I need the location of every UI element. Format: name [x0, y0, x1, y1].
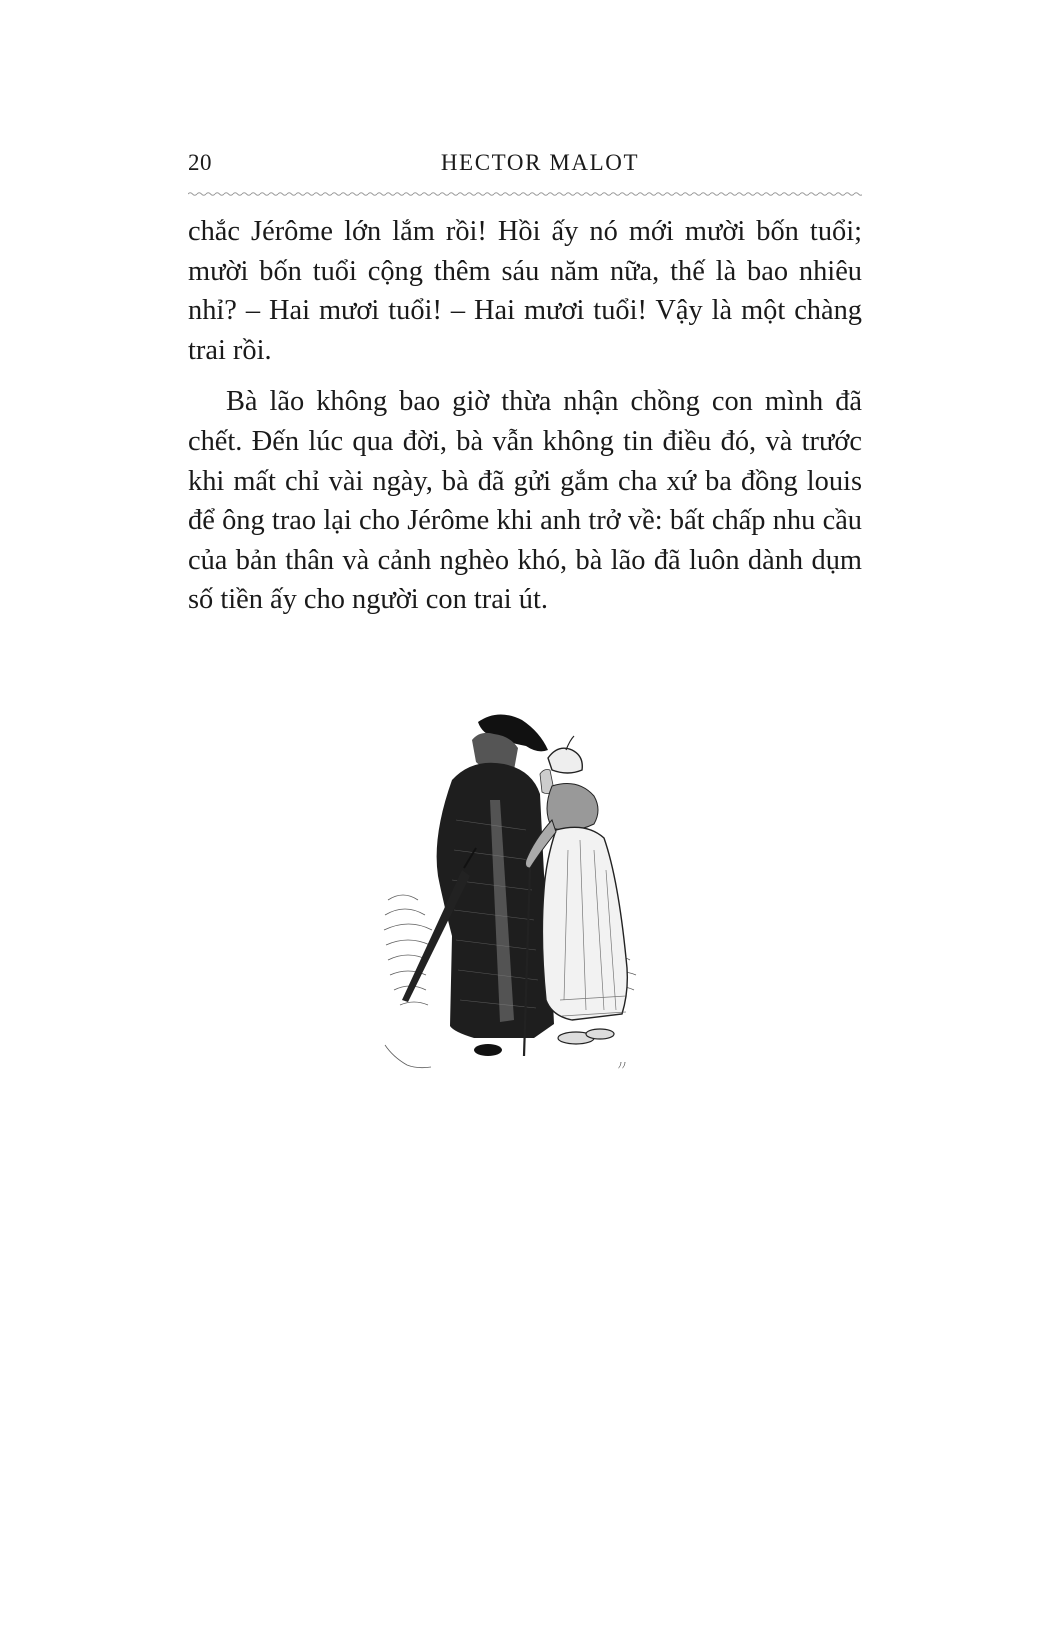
book-page: 20 HECTOR MALOT chắc Jérôme lớn lắm rồi!… [0, 0, 1040, 1646]
body-text: chắc Jérôme lớn lắm rồi! Hồi ấy nó mới m… [188, 212, 862, 620]
engraving-illustration: ﾉﾉ [380, 700, 660, 1090]
paragraph: chắc Jérôme lớn lắm rồi! Hồi ấy nó mới m… [188, 212, 862, 370]
paragraph: Bà lão không bao giờ thừa nhận chồng con… [188, 382, 862, 620]
running-title: HECTOR MALOT [188, 150, 862, 176]
wavy-divider [188, 190, 862, 198]
svg-text:ﾉﾉ: ﾉﾉ [618, 1061, 626, 1070]
running-head: 20 HECTOR MALOT [188, 150, 862, 184]
